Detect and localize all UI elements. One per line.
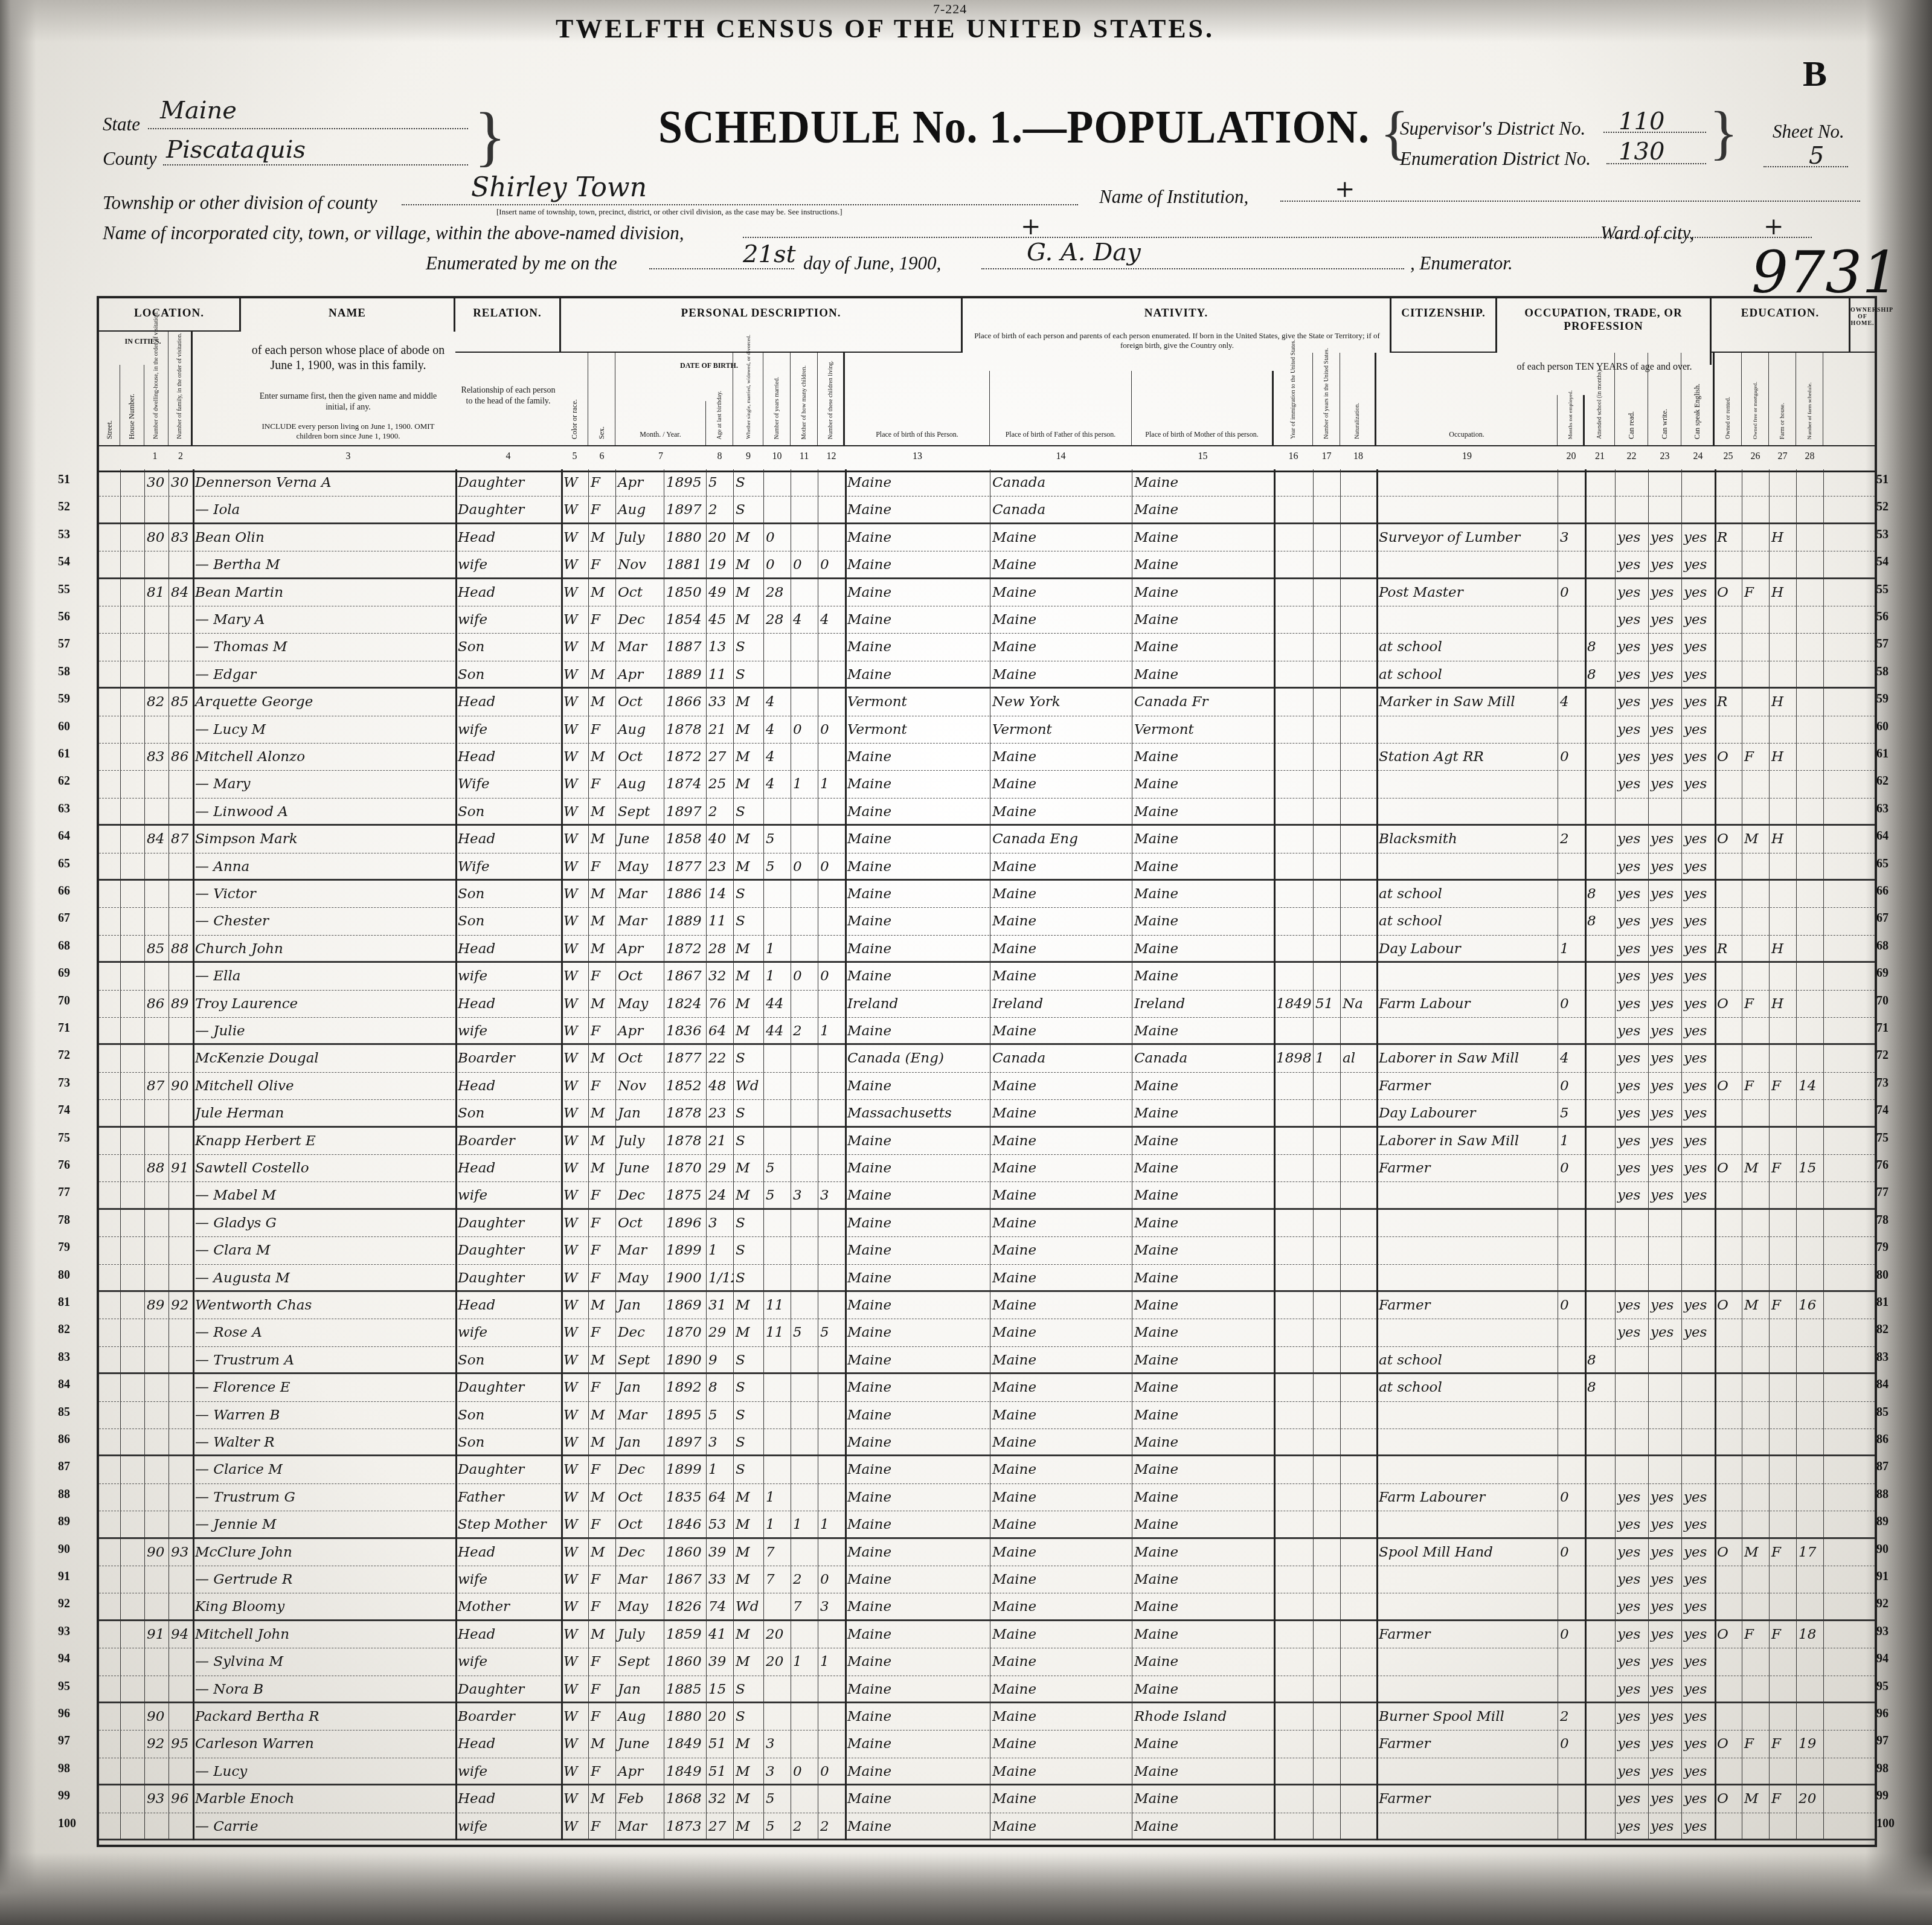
cell-fs (1796, 881, 1823, 907)
cell-mb: Maine (1132, 853, 1274, 879)
line-number-left: 65 (58, 857, 70, 871)
cell-fh: F (1769, 1539, 1796, 1566)
cell-sch (1585, 469, 1615, 496)
cell-wr: yes (1648, 1511, 1681, 1537)
line-number-left: 64 (58, 829, 70, 843)
cell-mne: 0 (1558, 1731, 1585, 1757)
cell-fm (1742, 1703, 1769, 1730)
cell-cl (818, 1100, 845, 1125)
cell-sch: 8 (1585, 661, 1615, 687)
cell-own (1715, 1182, 1742, 1207)
cell-mc (791, 1429, 818, 1454)
cell-fam (168, 1648, 193, 1675)
line-number-left: 56 (58, 610, 70, 624)
cell-en: yes (1681, 716, 1715, 743)
line-number-right: 72 (1876, 1049, 1889, 1062)
cell-en: yes (1681, 771, 1715, 797)
cell-rel: wife (455, 606, 561, 633)
cell-en: yes (1681, 1155, 1715, 1181)
cell-fm (1742, 853, 1769, 879)
cell-mne: 0 (1558, 1484, 1585, 1511)
cell-sch (1585, 1182, 1615, 1207)
county-label: County (103, 148, 157, 170)
cell-ym: 1 (763, 963, 791, 989)
cell-yus (1313, 1128, 1340, 1154)
cell-fs (1796, 634, 1823, 660)
cell-cl (818, 1456, 845, 1483)
cell-imm (1274, 1456, 1313, 1483)
cell-yus (1313, 1621, 1340, 1648)
cell-ym: 5 (763, 826, 791, 852)
cell-ms: M (733, 1182, 763, 1207)
cell-ym (763, 1237, 791, 1264)
cell-fs (1796, 1813, 1823, 1839)
col-naturalization: Naturalization. (1340, 353, 1376, 445)
cell-name: — Julie (193, 1018, 455, 1043)
cell-fam (168, 1018, 193, 1043)
cell-wr: yes (1648, 606, 1681, 633)
cell-mb: Maine (1132, 1237, 1274, 1264)
cell-pb: Maine (845, 881, 990, 907)
cell-nat (1340, 1785, 1376, 1812)
cell-age: 1/12 (706, 1265, 733, 1290)
cell-occ: Farmer (1376, 1155, 1558, 1181)
cell-fm: F (1742, 744, 1769, 770)
cell-age: 13 (706, 634, 733, 660)
cell-sch (1585, 1648, 1615, 1675)
cell-en: yes (1681, 1539, 1715, 1566)
cell-own: R (1715, 524, 1742, 551)
cell-ym: 11 (763, 1292, 791, 1319)
cell-fm (1742, 1758, 1769, 1784)
cell-sex: M (588, 579, 615, 606)
cell-mon: June (615, 1155, 664, 1181)
cell-rd: yes (1615, 1648, 1648, 1675)
cell-mb: Maine (1132, 1100, 1274, 1125)
cell-pb: Maine (845, 799, 990, 824)
column-rule (455, 469, 457, 1840)
col-occupation: Occupation. (1376, 395, 1558, 445)
cell-name: — Jennie M (193, 1511, 455, 1537)
cell-en: yes (1681, 1785, 1715, 1812)
colnum-23: 23 (1648, 451, 1681, 462)
line-number-right: 77 (1876, 1186, 1889, 1200)
column-rule (561, 469, 563, 1840)
ward-value: + (1764, 213, 1784, 240)
cell-sex: F (588, 1237, 615, 1264)
cell-yus (1313, 1648, 1340, 1675)
cell-yus (1313, 1402, 1340, 1428)
cell-mb: Vermont (1132, 716, 1274, 743)
cell-mne: 5 (1558, 1100, 1585, 1125)
cell-yr: 1885 (664, 1676, 706, 1702)
cell-en: yes (1681, 963, 1715, 989)
cell-mb: Maine (1132, 551, 1274, 577)
cell-dw: 30 (144, 469, 168, 496)
cell-occ (1376, 1429, 1558, 1454)
cell-race: W (561, 1731, 588, 1757)
cell-mb: Maine (1132, 1402, 1274, 1428)
cell-mon: Dec (615, 606, 664, 633)
cell-fs (1796, 1456, 1823, 1483)
cell-sex: M (588, 634, 615, 660)
cell-fb: Maine (990, 1676, 1132, 1702)
cell-pb: Maine (845, 634, 990, 660)
relation-desc: Relationship of each person to the head … (455, 383, 561, 409)
cell-ms: S (733, 469, 763, 496)
cell-rd (1615, 1237, 1648, 1264)
cell-ym: 20 (763, 1648, 791, 1675)
cell-race: W (561, 716, 588, 743)
cell-fh: H (1769, 524, 1796, 551)
line-number-right: 91 (1876, 1570, 1889, 1584)
cell-occ (1376, 1265, 1558, 1290)
cell-occ (1376, 606, 1558, 633)
col-birth-person: Place of birth of this Person. (845, 371, 990, 445)
line-number-right: 86 (1876, 1433, 1889, 1447)
cell-sch (1585, 771, 1615, 797)
col-can-write: Can write. (1648, 353, 1681, 445)
cell-rd: yes (1615, 771, 1648, 797)
cell-mc (791, 1703, 818, 1730)
cell-ym: 4 (763, 744, 791, 770)
cell-occ: Surveyor of Lumber (1376, 524, 1558, 551)
cell-mb: Maine (1132, 497, 1274, 522)
cell-sch (1585, 1758, 1615, 1784)
cell-imm (1274, 1484, 1313, 1511)
cell-own (1715, 1128, 1742, 1154)
enumeration-label: Enumeration District No. (1400, 148, 1591, 170)
cell-yr: 1870 (664, 1155, 706, 1181)
cell-fam: 96 (168, 1785, 193, 1812)
cell-dw (144, 1100, 168, 1125)
cell-yr: 1835 (664, 1484, 706, 1511)
cell-ms: S (733, 661, 763, 687)
cell-occ: Day Labour (1376, 936, 1558, 961)
cell-rel: Head (455, 689, 561, 715)
cell-sex: F (588, 1593, 615, 1619)
cell-yr: 1824 (664, 991, 706, 1017)
cell-cl (818, 469, 845, 496)
cell-yus (1313, 1676, 1340, 1702)
line-number-right: 70 (1876, 994, 1889, 1008)
cell-occ: Farm Labourer (1376, 1484, 1558, 1511)
cell-mb: Maine (1132, 963, 1274, 989)
cell-fh (1769, 1813, 1796, 1839)
cell-fh: F (1769, 1731, 1796, 1757)
cell-cl (818, 1703, 845, 1730)
cell-sch (1585, 744, 1615, 770)
cell-own: O (1715, 1155, 1742, 1181)
cell-mon: May (615, 1265, 664, 1290)
cell-fs (1796, 661, 1823, 687)
cell-en: yes (1681, 579, 1715, 606)
cell-mc (791, 1621, 818, 1648)
cell-mon: Dec (615, 1456, 664, 1483)
cell-fh (1769, 1511, 1796, 1537)
cell-yr: 1859 (664, 1621, 706, 1648)
cell-ym (763, 1347, 791, 1372)
cell-mne (1558, 853, 1585, 879)
cell-fm (1742, 1100, 1769, 1125)
cell-race: W (561, 689, 588, 715)
cell-mc (791, 1347, 818, 1372)
cell-imm (1274, 936, 1313, 961)
cell-ms: S (733, 1429, 763, 1454)
cell-fs (1796, 1758, 1823, 1784)
cell-yr: 1899 (664, 1456, 706, 1483)
cell-ms: S (733, 1703, 763, 1730)
cell-own (1715, 551, 1742, 577)
cell-nat (1340, 908, 1376, 934)
cell-rd: yes (1615, 936, 1648, 961)
table-row: 8487Simpson MarkHeadWMJune185840M5MaineC… (99, 826, 1875, 853)
cell-mc (791, 1456, 818, 1483)
cell-nat (1340, 1456, 1376, 1483)
cell-fam: 89 (168, 991, 193, 1017)
cell-yus (1313, 1018, 1340, 1043)
line-number-right: 92 (1876, 1597, 1889, 1611)
col-owned-rented: Owned or rented. (1715, 353, 1742, 445)
cell-fam (168, 551, 193, 577)
cell-fam (168, 853, 193, 879)
cell-dw (144, 1018, 168, 1043)
cell-age: 9 (706, 1347, 733, 1372)
cell-mon: Oct (615, 963, 664, 989)
cell-occ (1376, 1402, 1558, 1428)
cell-mon: May (615, 991, 664, 1017)
cell-mc (791, 689, 818, 715)
cell-cl (818, 1128, 845, 1154)
cell-name: — Linwood A (193, 799, 455, 824)
group-citizenship: CITIZENSHIP. (1391, 298, 1497, 353)
cell-cl (818, 1539, 845, 1566)
line-number-left: 63 (58, 802, 70, 816)
cell-own (1715, 1813, 1742, 1839)
col-sex: Sex. (588, 353, 615, 445)
cell-nat (1340, 1018, 1376, 1043)
cell-rel: wife (455, 1319, 561, 1346)
cell-sex: M (588, 744, 615, 770)
line-number-left: 62 (58, 774, 70, 788)
cell-fam (168, 1402, 193, 1428)
cell-mb: Maine (1132, 1347, 1274, 1372)
cell-name: — Iola (193, 497, 455, 522)
cell-mne: 0 (1558, 1155, 1585, 1181)
cell-age: 3 (706, 1429, 733, 1454)
cell-wr: yes (1648, 1484, 1681, 1511)
cell-mc: 3 (791, 1182, 818, 1207)
cell-yr: 1874 (664, 771, 706, 797)
cell-pb: Maine (845, 1073, 990, 1099)
line-number-right: 52 (1876, 500, 1889, 514)
cell-yus (1313, 826, 1340, 852)
cell-rel: wife (455, 1182, 561, 1207)
cell-fh (1769, 1429, 1796, 1454)
cell-nat (1340, 551, 1376, 577)
colnum-26: 26 (1742, 451, 1769, 462)
cell-sex: M (588, 1155, 615, 1181)
cell-sex: M (588, 1539, 615, 1566)
cell-ms: M (733, 771, 763, 797)
institution-label: Name of Institution, (1099, 186, 1248, 208)
cell-ms: Wd (733, 1593, 763, 1619)
cell-rel: Head (455, 524, 561, 551)
cell-name: — Trustrum G (193, 1484, 455, 1511)
cell-mb: Maine (1132, 524, 1274, 551)
cell-fb: Maine (990, 1566, 1132, 1593)
table-row: — EllawifeWFOct186732M100MaineMaineMaine… (99, 963, 1875, 990)
cell-mon: Oct (615, 689, 664, 715)
cell-name: Marble Enoch (193, 1785, 455, 1812)
cell-race: W (561, 744, 588, 770)
cell-sch: 8 (1585, 908, 1615, 934)
cell-pb: Maine (845, 551, 990, 577)
cell-mon: Oct (615, 1511, 664, 1537)
cell-own (1715, 1402, 1742, 1428)
cell-rel: Head (455, 991, 561, 1017)
column-rule (1274, 469, 1276, 1840)
cell-fm: M (1742, 1539, 1769, 1566)
table-row: — CarriewifeWFMar187327M522MaineMaineMai… (99, 1813, 1875, 1840)
cell-mne (1558, 469, 1585, 496)
cell-ym (763, 1100, 791, 1125)
cell-fm (1742, 716, 1769, 743)
cell-rd: yes (1615, 1621, 1648, 1648)
cell-yr: 1846 (664, 1511, 706, 1537)
cell-wr: yes (1648, 1319, 1681, 1346)
cell-rel: Daughter (455, 1456, 561, 1483)
cell-ym: 44 (763, 1018, 791, 1043)
cell-sch (1585, 606, 1615, 633)
cell-race: W (561, 826, 588, 852)
cell-age: 49 (706, 579, 733, 606)
cell-imm (1274, 1073, 1313, 1099)
cell-race: W (561, 551, 588, 577)
cell-own (1715, 963, 1742, 989)
cell-ym: 0 (763, 551, 791, 577)
cell-age: 48 (706, 1073, 733, 1099)
cell-fb: Canada Eng (990, 826, 1132, 852)
colnum-9: 9 (733, 451, 763, 462)
cell-race: W (561, 661, 588, 687)
column-rule (664, 469, 664, 1840)
cell-age: 39 (706, 1648, 733, 1675)
line-number-left: 96 (58, 1707, 70, 1721)
cell-sex: M (588, 1731, 615, 1757)
cell-sch (1585, 1813, 1615, 1839)
cell-mb: Rhode Island (1132, 1703, 1274, 1730)
cell-occ (1376, 1456, 1558, 1483)
cell-ym (763, 1593, 791, 1619)
cell-rd: yes (1615, 744, 1648, 770)
cell-occ: Marker in Saw Mill (1376, 689, 1558, 715)
cell-yr: 1881 (664, 551, 706, 577)
cell-nat (1340, 1237, 1376, 1264)
line-number-right: 69 (1876, 966, 1889, 980)
cell-yus (1313, 1813, 1340, 1839)
cell-rel: wife (455, 551, 561, 577)
state-line (148, 128, 468, 129)
cell-sch (1585, 1210, 1615, 1236)
colnum-5: 5 (561, 451, 588, 462)
cell-nat (1340, 1648, 1376, 1675)
cell-sch (1585, 1155, 1615, 1181)
cell-yus (1313, 1182, 1340, 1207)
cell-own: O (1715, 1539, 1742, 1566)
cell-age: 29 (706, 1319, 733, 1346)
cell-ms: M (733, 524, 763, 551)
line-number-left: 52 (58, 500, 70, 514)
cell-rel: Boarder (455, 1703, 561, 1730)
cell-pb: Maine (845, 497, 990, 522)
cell-pb: Maine (845, 1292, 990, 1319)
cell-mon: Mar (615, 634, 664, 660)
cell-sex: F (588, 469, 615, 496)
cell-sch (1585, 799, 1615, 824)
cell-fh (1769, 1045, 1796, 1072)
cell-mne (1558, 1593, 1585, 1619)
cell-fs (1796, 744, 1823, 770)
cell-yr: 1878 (664, 1100, 706, 1125)
cell-rd: yes (1615, 826, 1648, 852)
cell-rel: Daughter (455, 1237, 561, 1264)
cell-fb: Maine (990, 1456, 1132, 1483)
cell-race: W (561, 1237, 588, 1264)
cell-nat (1340, 771, 1376, 797)
cell-imm (1274, 1785, 1313, 1812)
cell-rel: Son (455, 634, 561, 660)
cell-cl (818, 1429, 845, 1454)
name-note-2: INCLUDE every person living on June 1, 1… (247, 419, 449, 444)
cell-fh (1769, 1593, 1796, 1619)
cell-rd: yes (1615, 1758, 1648, 1784)
cell-yus (1313, 1319, 1340, 1346)
cell-pb: Maine (845, 606, 990, 633)
enumerated-day-line (649, 268, 794, 269)
cell-pb: Vermont (845, 689, 990, 715)
cell-mne (1558, 1511, 1585, 1537)
cell-ms: M (733, 716, 763, 743)
census-page: 7-224 TWELFTH CENSUS OF THE UNITED STATE… (0, 0, 1932, 1925)
line-number-left: 59 (58, 692, 70, 706)
column-rule (990, 469, 990, 1840)
cell-cl: 0 (818, 716, 845, 743)
cell-yus (1313, 1593, 1340, 1619)
cell-en: yes (1681, 551, 1715, 577)
cell-cl: 3 (818, 1182, 845, 1207)
column-number-row: 1 2 3 4 5 6 7 8 9 10 11 12 13 14 15 16 1… (99, 445, 1875, 472)
table-row: 9295Carleson WarrenHeadWMJune184951M3Mai… (99, 1731, 1875, 1758)
line-number-right: 57 (1876, 637, 1889, 651)
cell-name: — Clarice M (193, 1456, 455, 1483)
cell-sch (1585, 1731, 1615, 1757)
cell-en: yes (1681, 1621, 1715, 1648)
enumerated-prefix: Enumerated by me on the (426, 252, 617, 274)
cell-wr (1648, 1347, 1681, 1372)
cell-ms: M (733, 1319, 763, 1346)
line-number-right: 87 (1876, 1460, 1889, 1474)
cell-nat (1340, 963, 1376, 989)
township-line (402, 204, 1078, 205)
cell-rd: yes (1615, 1785, 1648, 1812)
line-number-left: 85 (58, 1406, 70, 1419)
cell-mne: 2 (1558, 826, 1585, 852)
cell-fs (1796, 606, 1823, 633)
cell-mne (1558, 1265, 1585, 1290)
cell-occ: Farm Labour (1376, 991, 1558, 1017)
cell-occ: at school (1376, 634, 1558, 660)
